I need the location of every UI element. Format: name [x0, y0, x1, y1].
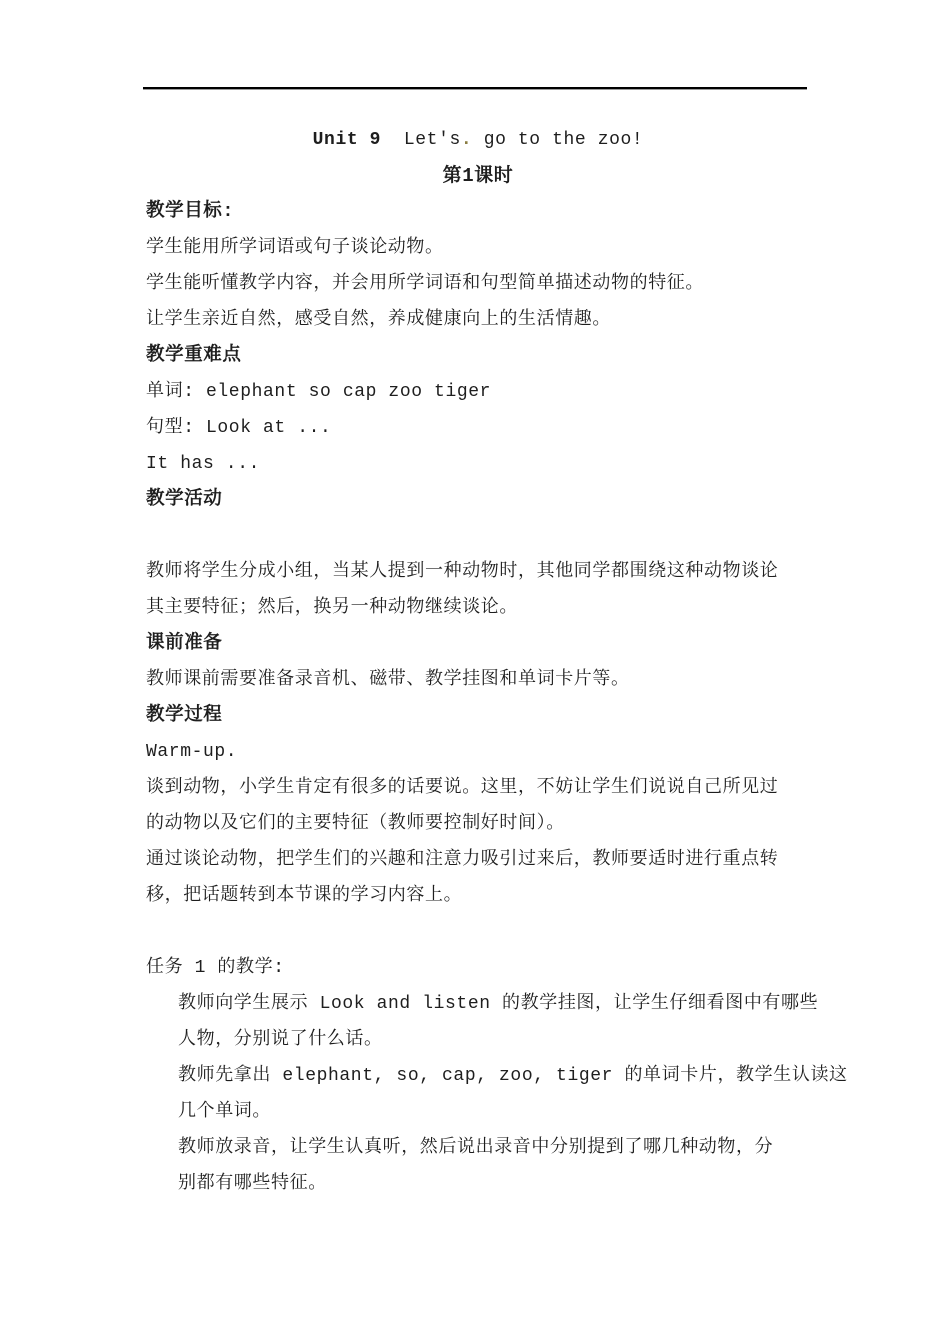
- paragraph-activity-2: 其主要特征；然后，换另一种动物继续谈论。: [146, 590, 810, 626]
- paragraph-warmup: Warm-up.: [146, 734, 810, 770]
- paragraph-sentence-pattern: 句型: Look at ...: [146, 410, 810, 446]
- paragraph-process-4: 移，把话题转到本节课的学习内容上。: [146, 878, 810, 914]
- heading-teaching-goals: 教学目标:: [146, 194, 810, 230]
- paragraph-goal-1: 学生能用所学词语或句子谈论动物。: [146, 230, 810, 266]
- paragraph-task1-step2b: 几个单词。: [146, 1094, 810, 1130]
- paragraph-process-2: 的动物以及它们的主要特征（教师要控制好时间）。: [146, 806, 810, 842]
- paragraph-process-1: 谈到动物，小学生肯定有很多的话要说。这里，不妨让学生们说说自己所见过: [146, 770, 810, 806]
- lesson-title: Unit 9 Let's. go to the zoo!: [146, 122, 810, 158]
- heading-teaching-activities: 教学活动: [146, 482, 810, 518]
- paragraph-task1-step3b: 别都有哪些特征。: [146, 1166, 810, 1202]
- paragraph-goal-2: 学生能听懂教学内容，并会用所学词语和句型简单描述动物的特征。: [146, 266, 810, 302]
- heading-preparation: 课前准备: [146, 626, 810, 662]
- paragraph-it-has: It has ...: [146, 446, 810, 482]
- document-content: Unit 9 Let's. go to the zoo! 第1课时 教学目标: …: [146, 122, 810, 1202]
- title-rest: go to the zoo!: [472, 130, 643, 150]
- paragraph-task1-step1b: 人物，分别说了什么话。: [146, 1022, 810, 1058]
- paragraph-process-3: 通过谈论动物，把学生们的兴趣和注意力吸引过来后，教师要适时进行重点转: [146, 842, 810, 878]
- paragraph-activity-1: 教师将学生分成小组，当某人提到一种动物时，其他同学都围绕这种动物谈论: [146, 554, 810, 590]
- title-lets: Let's: [381, 130, 461, 150]
- blank-line: [146, 518, 810, 554]
- paragraph-goal-3: 让学生亲近自然，感受自然，养成健康向上的生活情趣。: [146, 302, 810, 338]
- heading-key-points: 教学重难点: [146, 338, 810, 374]
- period-subtitle: 第1课时: [146, 158, 810, 194]
- header-rule: [143, 87, 807, 89]
- paragraph-preparation: 教师课前需要准备录音机、磁带、教学挂图和单词卡片等。: [146, 662, 810, 698]
- paragraph-task1-label: 任务 1 的教学:: [146, 950, 810, 986]
- paragraph-task1-step1a: 教师向学生展示 Look and listen 的教学挂图，让学生仔细看图中有哪…: [146, 986, 810, 1022]
- heading-teaching-process: 教学过程: [146, 698, 810, 734]
- blank-line: [146, 914, 810, 950]
- unit-number: Unit 9: [313, 130, 381, 150]
- paragraph-words: 单词: elephant so cap zoo tiger: [146, 374, 810, 410]
- paragraph-task1-step3a: 教师放录音，让学生认真听，然后说出录音中分别提到了哪几种动物，分: [146, 1130, 810, 1166]
- document-page: Unit 9 Let's. go to the zoo! 第1课时 教学目标: …: [0, 0, 950, 1344]
- spellcheck-dot: .: [461, 130, 472, 150]
- paragraph-task1-step2a: 教师先拿出 elephant, so, cap, zoo, tiger 的单词卡…: [146, 1058, 810, 1094]
